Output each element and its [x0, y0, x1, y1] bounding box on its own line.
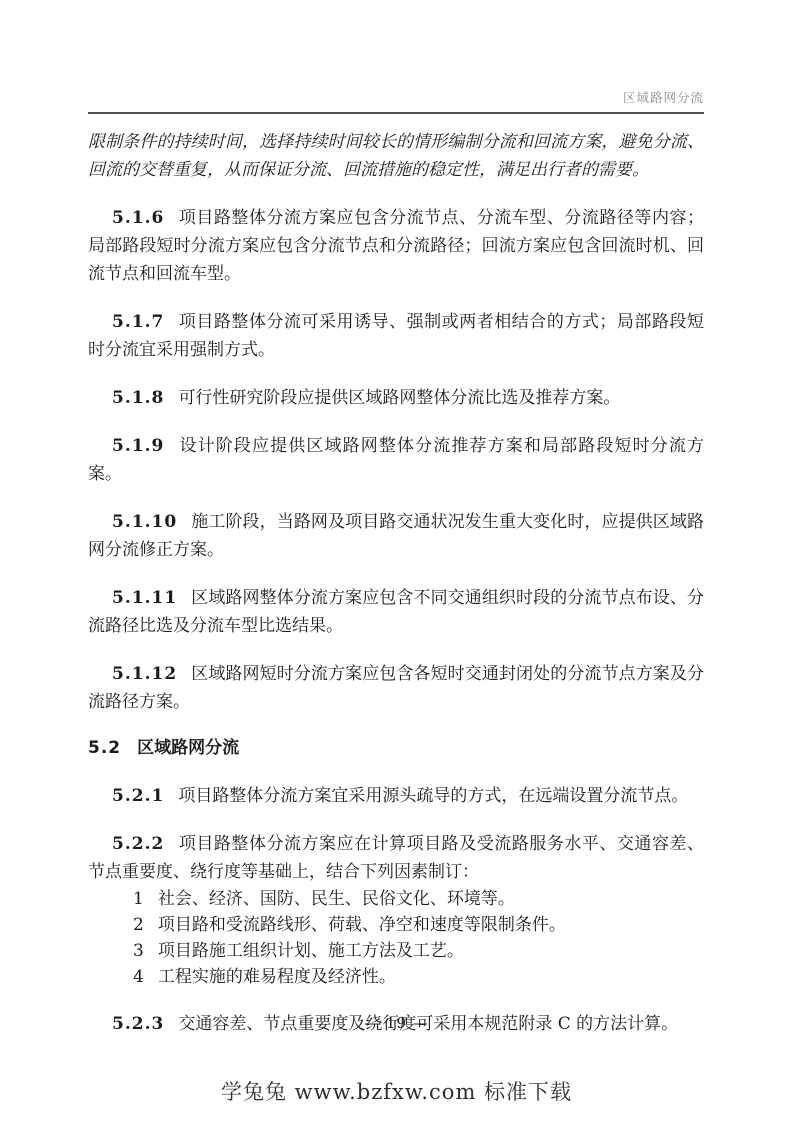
intro-paragraph: 限制条件的持续时间，选择持续时间较长的情形编制分流和回流方案，避免分流、回流的交…: [88, 128, 704, 184]
clause-5-1-6: 5.1.6项目路整体分流方案应包含分流节点、分流车型、分流路径等内容；局部路段短…: [88, 204, 704, 288]
clause-text: 项目路整体分流方案应在计算项目路及受流路服务水平、交通容差、节点重要度、绕行度等…: [88, 834, 704, 882]
item-number: 2: [133, 915, 144, 935]
clause-5-1-12: 5.1.12区域路网短时分流方案应包含各短时交通封闭处的分流节点方案及分流路径方…: [88, 660, 704, 716]
clause-5-1-11: 5.1.11区域路网整体分流方案应包含不同交通组织时段的分流节点布设、分流路径比…: [88, 584, 704, 640]
clause-number: 5.1.6: [112, 208, 164, 228]
clause-5-1-9: 5.1.9设计阶段应提供区域路网整体分流推荐方案和局部路段短时分流方案。: [88, 432, 704, 488]
clause-number: 5.1.11: [112, 588, 177, 608]
watermark-text: 学兔兔 www.bzfxw.com 标准下载: [0, 1076, 793, 1106]
section-heading-5-2: 5.2区域路网分流: [88, 734, 704, 762]
list-item: 3项目路施工组织计划、施工方法及工艺。: [88, 938, 704, 964]
clause-text: 区域路网整体分流方案应包含不同交通组织时段的分流节点布设、分流路径比选及分流车型…: [88, 588, 704, 636]
item-text: 社会、经济、国防、民生、民俗文化、环境等。: [158, 889, 515, 909]
clause-5-2-2: 5.2.2项目路整体分流方案应在计算项目路及受流路服务水平、交通容差、节点重要度…: [88, 830, 704, 886]
item-text: 项目路施工组织计划、施工方法及工艺。: [158, 941, 464, 961]
clause-5-1-7: 5.1.7项目路整体分流可采用诱导、强制或两者相结合的方式；局部路段短时分流宜采…: [88, 308, 704, 364]
clause-text: 设计阶段应提供区域路网整体分流推荐方案和局部路段短时分流方案。: [88, 436, 704, 484]
clause-text: 项目路整体分流方案应包含分流节点、分流车型、分流路径等内容；局部路段短时分流方案…: [88, 208, 704, 284]
item-number: 4: [133, 967, 144, 987]
clause-number: 5.2.2: [112, 834, 164, 854]
clause-text: 区域路网短时分流方案应包含各短时交通封闭处的分流节点方案及分流路径方案。: [88, 664, 704, 712]
page-header: 区域路网分流: [88, 88, 704, 114]
clause-5-1-10: 5.1.10施工阶段，当路网及项目路交通状况发生重大变化时，应提供区域路网分流修…: [88, 508, 704, 564]
clause-number: 5.2.1: [112, 786, 164, 806]
clause-number: 5.1.7: [112, 312, 164, 332]
clause-5-2-2-item-list: 1社会、经济、国防、民生、民俗文化、环境等。 2项目路和受流路线形、荷载、净空和…: [88, 886, 704, 990]
running-head-title: 区域路网分流: [623, 88, 704, 106]
clause-text: 项目路整体分流方案宜采用源头疏导的方式，在远端设置分流节点。: [178, 786, 688, 806]
clause-5-1-8: 5.1.8可行性研究阶段应提供区域路网整体分流比选及推荐方案。: [88, 384, 704, 412]
list-item: 4工程实施的难易程度及经济性。: [88, 964, 704, 990]
clause-number: 5.1.9: [112, 436, 164, 456]
content-column: 区域路网分流 限制条件的持续时间，选择持续时间较长的情形编制分流和回流方案，避免…: [88, 88, 704, 1038]
item-number: 3: [133, 941, 144, 961]
list-item: 2项目路和受流路线形、荷载、净空和速度等限制条件。: [88, 912, 704, 938]
document-page: 区域路网分流 限制条件的持续时间，选择持续时间较长的情形编制分流和回流方案，避免…: [0, 0, 793, 1122]
item-text: 项目路和受流路线形、荷载、净空和速度等限制条件。: [158, 915, 566, 935]
clause-number: 5.1.12: [112, 664, 177, 684]
item-text: 工程实施的难易程度及经济性。: [158, 967, 396, 987]
clause-number: 5.1.10: [112, 512, 177, 532]
clause-number: 5.1.8: [112, 388, 164, 408]
item-number: 1: [133, 889, 144, 909]
clause-text: 项目路整体分流可采用诱导、强制或两者相结合的方式；局部路段短时分流宜采用强制方式…: [88, 312, 704, 360]
clause-text: 施工阶段，当路网及项目路交通状况发生重大变化时，应提供区域路网分流修正方案。: [88, 512, 704, 560]
page-number: — 19 —: [0, 1014, 793, 1032]
list-item: 1社会、经济、国防、民生、民俗文化、环境等。: [88, 886, 704, 912]
clause-5-2-1: 5.2.1项目路整体分流方案宜采用源头疏导的方式，在远端设置分流节点。: [88, 782, 704, 810]
section-number: 5.2: [88, 738, 121, 758]
section-title: 区域路网分流: [137, 738, 239, 758]
clause-text: 可行性研究阶段应提供区域路网整体分流比选及推荐方案。: [178, 388, 620, 408]
